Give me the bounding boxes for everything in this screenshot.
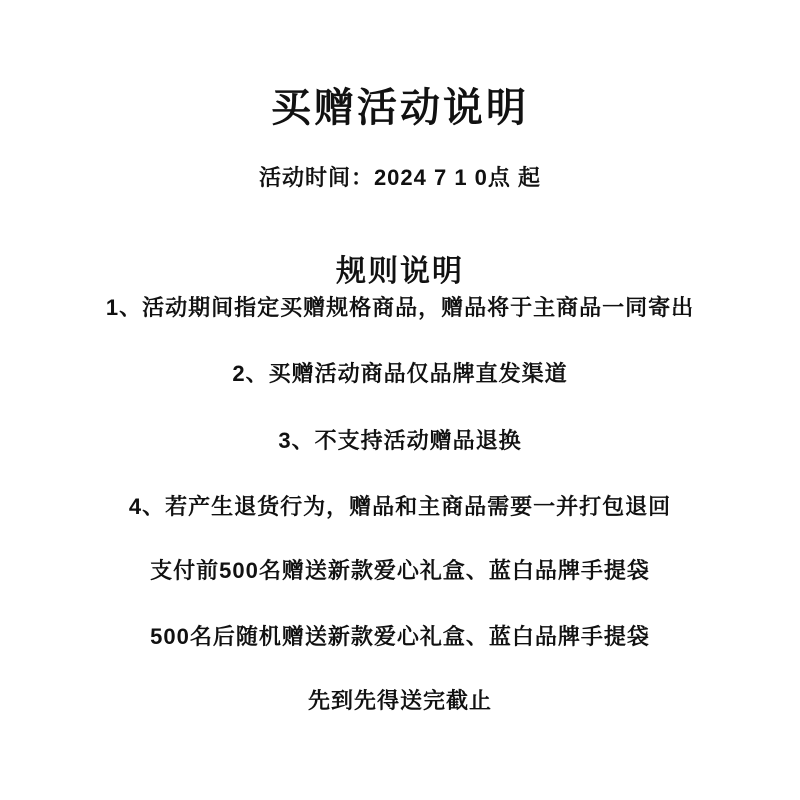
gift-note-while-supplies-last: 先到先得送完截止 [0,688,800,714]
rule-item-4: 4、若产生退货行为，赠品和主商品需要一并打包退回 [0,494,800,520]
promo-notice-page: 买赠活动说明 活动时间：2024 7 1 0点 起 规则说明 1、活动期间指定买… [0,0,800,800]
gift-note-after-500: 500名后随机赠送新款爱心礼盒、蓝白品牌手提袋 [0,624,800,650]
rules-heading: 规则说明 [0,255,800,289]
activity-time: 活动时间：2024 7 1 0点 起 [0,165,800,191]
page-title: 买赠活动说明 [0,0,800,130]
rule-item-2: 2、买赠活动商品仅品牌直发渠道 [0,361,800,387]
rule-item-1: 1、活动期间指定买赠规格商品，赠品将于主商品一同寄出 [0,295,800,321]
rule-item-3: 3、不支持活动赠品退换 [0,428,800,454]
gift-note-first-500: 支付前500名赠送新款爱心礼盒、蓝白品牌手提袋 [0,558,800,584]
